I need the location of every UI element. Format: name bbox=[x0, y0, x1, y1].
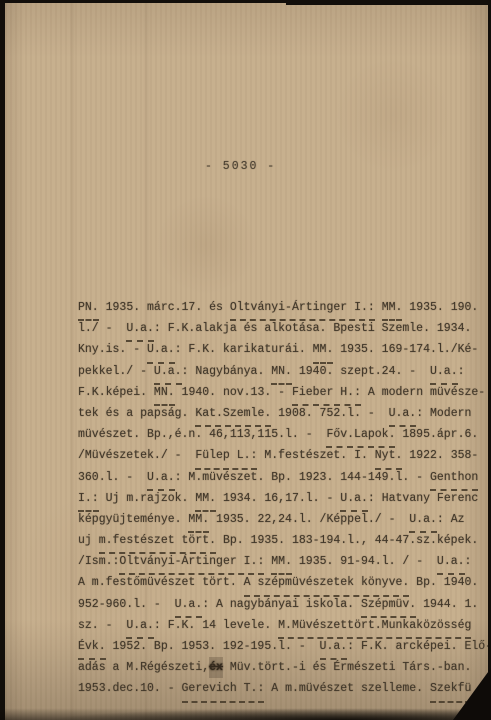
text-segment: : bbox=[465, 551, 472, 572]
text-line: F.K.képei. MN. 1940. nov.13. - Fieber H.… bbox=[78, 382, 484, 403]
text-segment: Szekfü bbox=[430, 678, 471, 702]
scan-shadow-bottom bbox=[0, 706, 491, 720]
text-segment: : M.müvészet. Bp. 1923. 144-149.l. - bbox=[175, 467, 430, 488]
text-segment: 1944. 1. bbox=[416, 594, 478, 615]
text-segment: 1934. 16,17.l. - bbox=[216, 488, 340, 509]
text-segment: 1935. 91-94.l. / - bbox=[292, 551, 437, 572]
text-line: tek és a papság. Kat.Szemle. 1908. 752.l… bbox=[78, 403, 484, 424]
text-segment: l./ - bbox=[78, 318, 126, 339]
text-segment: tek és a papság. bbox=[78, 403, 195, 424]
text-segment: 1895.ápr.6. bbox=[395, 424, 478, 445]
text-segment: A m.festőmüvészet tört. bbox=[78, 572, 244, 593]
text-segment: Uj m.rajzok. bbox=[99, 488, 196, 509]
text-segment: : Hatvany Ferenc bbox=[368, 488, 478, 509]
text-segment: : F.K. karikaturái. bbox=[175, 339, 313, 360]
text-line: adás a M.Régészeti,éx Müv.tört.-i és Érm… bbox=[78, 657, 484, 678]
text-segment: Kny.is. - bbox=[78, 339, 147, 360]
text-segment bbox=[375, 297, 382, 318]
text-line: Kny.is. - U.a.: F.K. karikaturái. MM. 19… bbox=[78, 339, 484, 360]
text-segment: 1940. szept.24. - bbox=[292, 361, 430, 382]
text-line: sz. - U.a.: F.K. 14 levele. M.Müvészettö… bbox=[78, 615, 484, 636]
text-segment: : Nagybánya. bbox=[182, 361, 272, 382]
text-segment: : F.K.alakja és alkotása. Bpesti Szemle.… bbox=[154, 318, 471, 339]
text-segment: Gerevich T.: bbox=[182, 678, 265, 702]
text-segment: müvészet. Bp.,é.n. 46,113,115.l. - bbox=[78, 424, 326, 445]
text-segment: : F.K. 14 levele. bbox=[154, 615, 278, 636]
text-line: 360.l. - U.a.: M.müvészet. Bp. 1923. 144… bbox=[78, 467, 484, 488]
text-segment: Bp. 1940. bbox=[409, 572, 478, 593]
text-segment: éx bbox=[209, 657, 223, 678]
text-segment: 1935. márc.17. és bbox=[99, 297, 230, 318]
text-segment: M.festészet. I. bbox=[257, 445, 374, 466]
scanned-page: - 5030 - PN. 1935. márc.17. és Oltványi-… bbox=[0, 0, 491, 720]
page-number: - 5030 - bbox=[205, 160, 276, 173]
text-line: Évk. 1952. Bp. 1953. 192-195.l. - U.a.: … bbox=[78, 636, 484, 657]
text-segment: : F.K. arcképei. Elő- bbox=[347, 636, 491, 657]
scan-edge-top-right bbox=[286, 0, 491, 5]
text-line: müvészet. Bp.,é.n. 46,113,115.l. - Főv.L… bbox=[78, 424, 484, 445]
text-segment: : bbox=[458, 361, 465, 382]
text-segment: /Ism.: bbox=[78, 551, 119, 572]
scan-edge-left bbox=[0, 0, 5, 720]
text-segment: A m.müvészet szelleme. bbox=[264, 678, 430, 699]
text-line: l./ - U.a.: F.K.alakja és alkotása. Bpes… bbox=[78, 318, 484, 339]
text-segment: A modern müvésze- bbox=[361, 382, 485, 403]
text-segment: : A nagybányai iskola. bbox=[202, 594, 361, 615]
text-line: A m.festőmüvészet tört. A szépmüvészetek… bbox=[78, 572, 484, 593]
typewritten-text-block: PN. 1935. márc.17. és Oltványi-Ártinger … bbox=[78, 297, 484, 700]
text-line: /Müvészetek./ - Fülep L.: M.festészet. I… bbox=[78, 445, 484, 466]
text-segment: F.K.képei. bbox=[78, 382, 154, 403]
text-segment: uj bbox=[78, 530, 99, 551]
text-segment: Bp. 1935. 183-194.l., 44-47.sz.képek. bbox=[216, 530, 478, 551]
text-segment: 1922. 358- bbox=[402, 445, 478, 466]
text-segment: 1935. 169-174.l./Ké- bbox=[333, 339, 478, 360]
text-line: képgyüjteménye. MM. 1935. 22,24.l. /Képp… bbox=[78, 509, 484, 530]
text-line: PN. 1935. márc.17. és Oltványi-Ártinger … bbox=[78, 297, 484, 318]
text-line: I.: Uj m.rajzok. MM. 1934. 16,17.l. - U.… bbox=[78, 488, 484, 509]
text-segment: 1953.dec.10. - bbox=[78, 678, 182, 699]
text-segment: 1952. Bp. 1953. 192-195.l. - bbox=[106, 636, 320, 657]
text-segment: : Az bbox=[437, 509, 465, 530]
text-segment: képgyüjteménye. bbox=[78, 509, 188, 530]
text-segment: 1940. nov.13. - bbox=[175, 382, 292, 403]
text-segment: 1908. 752.l. - bbox=[271, 403, 388, 424]
text-segment: Müv.tört.-i és Érmészeti Társ.-ban. bbox=[223, 657, 471, 678]
text-segment: adás a M.Régészeti, bbox=[78, 657, 209, 678]
text-segment: pekkel./ - bbox=[78, 361, 154, 382]
text-line: 1953.dec.10. - Gerevich T.: A m.müvészet… bbox=[78, 678, 484, 699]
text-segment: 952-960.l. - bbox=[78, 594, 175, 615]
text-segment: 1935. 22,24.l. /Képpel./ - bbox=[209, 509, 409, 530]
text-segment: sz. - bbox=[78, 615, 126, 636]
text-line: /Ism.:Oltványi-Ártinger I.: MM. 1935. 91… bbox=[78, 551, 484, 572]
text-line: pekkel./ - U.a.: Nagybánya. MN. 1940. sz… bbox=[78, 361, 484, 382]
text-segment: : Modern bbox=[416, 403, 471, 424]
text-segment: 360.l. - bbox=[78, 467, 147, 488]
text-line: uj m.festészet tört. Bp. 1935. 183-194.l… bbox=[78, 530, 484, 551]
text-line: 952-960.l. - U.a.: A nagybányai iskola. … bbox=[78, 594, 484, 615]
text-segment: 1935. 190. bbox=[402, 297, 478, 318]
text-segment: /Müvészetek./ - bbox=[78, 445, 195, 466]
